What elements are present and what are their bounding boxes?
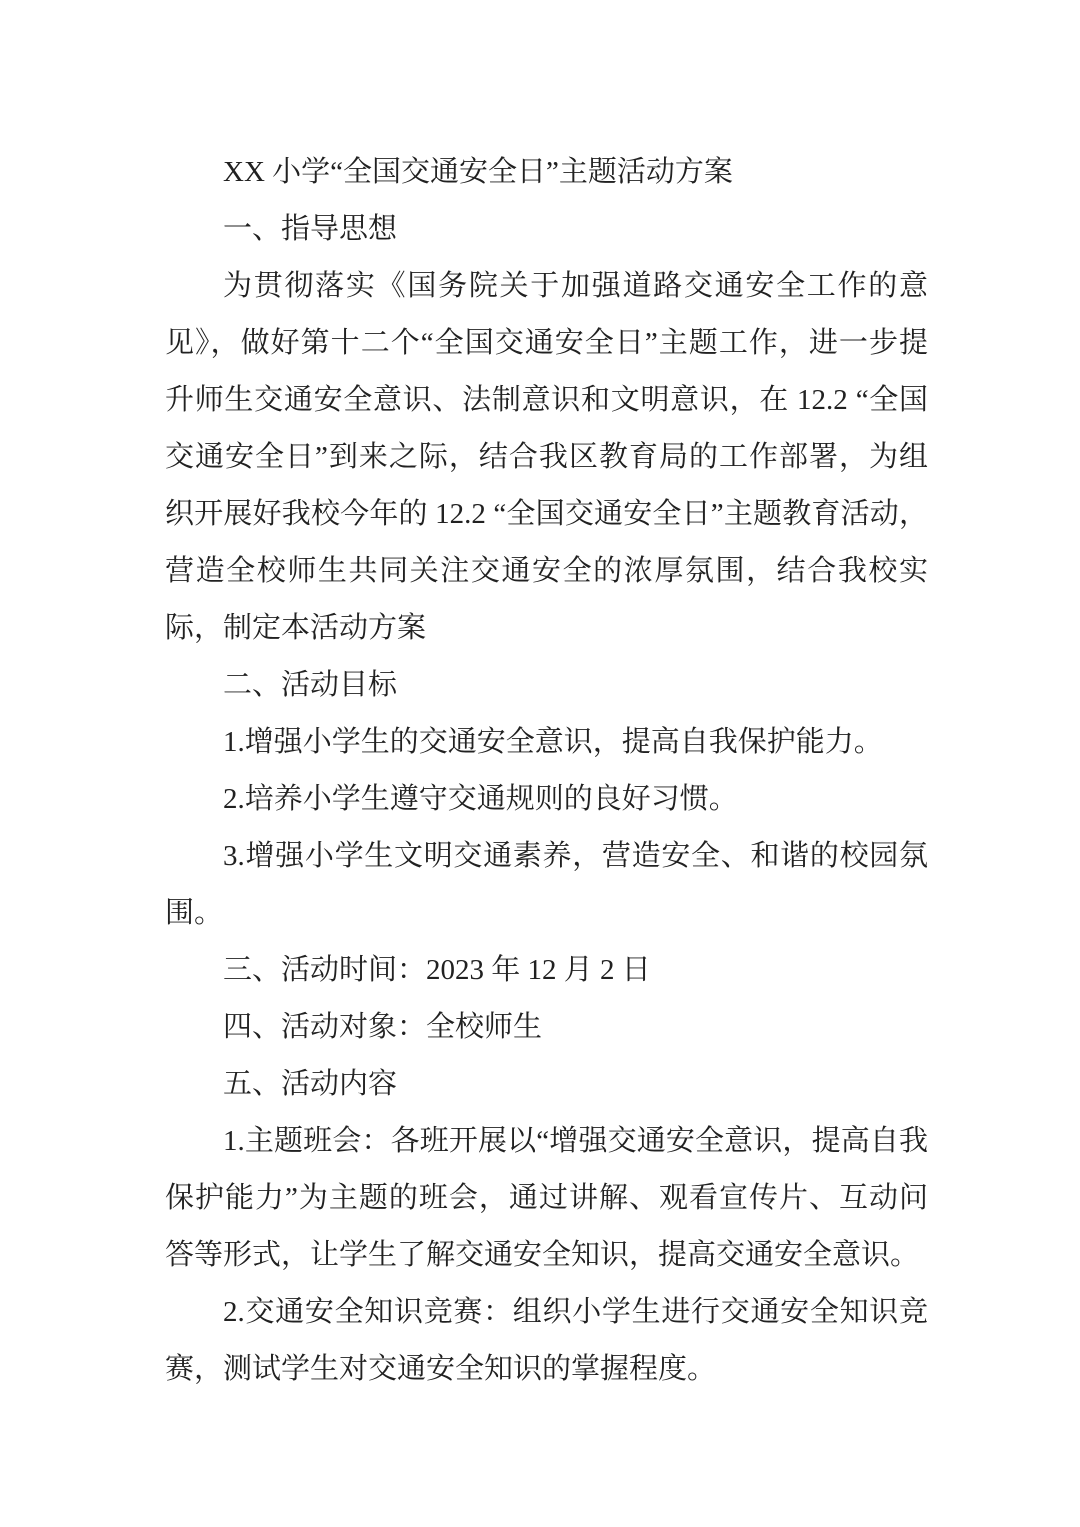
goal-item-1: 1.增强小学生的交通安全意识，提高自我保护能力。 [165, 714, 928, 771]
goal-item-3: 3.增强小学生文明交通素养，营造安全、和谐的校园氛围。 [165, 828, 928, 942]
section-heading-content: 五、活动内容 [165, 1056, 928, 1113]
paragraph-guiding-ideology: 为贯彻落实《国务院关于加强道路交通安全工作的意见》，做好第十二个“全国交通安全日… [165, 258, 928, 657]
section-heading-guiding-ideology: 一、指导思想 [165, 201, 928, 258]
section-heading-audience: 四、活动对象：全校师生 [165, 999, 928, 1056]
section-heading-goals: 二、活动目标 [165, 657, 928, 714]
doc-title: XX 小学“全国交通安全日”主题活动方案 [165, 144, 928, 201]
activity-item-1: 1.主题班会：各班开展以“增强交通安全意识，提高自我保护能力”为主题的班会，通过… [165, 1113, 928, 1284]
section-heading-time: 三、活动时间：2023 年 12 月 2 日 [165, 942, 928, 999]
activity-item-2: 2.交通安全知识竞赛：组织小学生进行交通安全知识竞赛，测试学生对交通安全知识的掌… [165, 1284, 928, 1398]
document-body: XX 小学“全国交通安全日”主题活动方案 一、指导思想 为贯彻落实《国务院关于加… [165, 144, 928, 1398]
goal-item-2: 2.培养小学生遵守交通规则的良好习惯。 [165, 771, 928, 828]
document-page: XX 小学“全国交通安全日”主题活动方案 一、指导思想 为贯彻落实《国务院关于加… [0, 0, 1080, 1527]
